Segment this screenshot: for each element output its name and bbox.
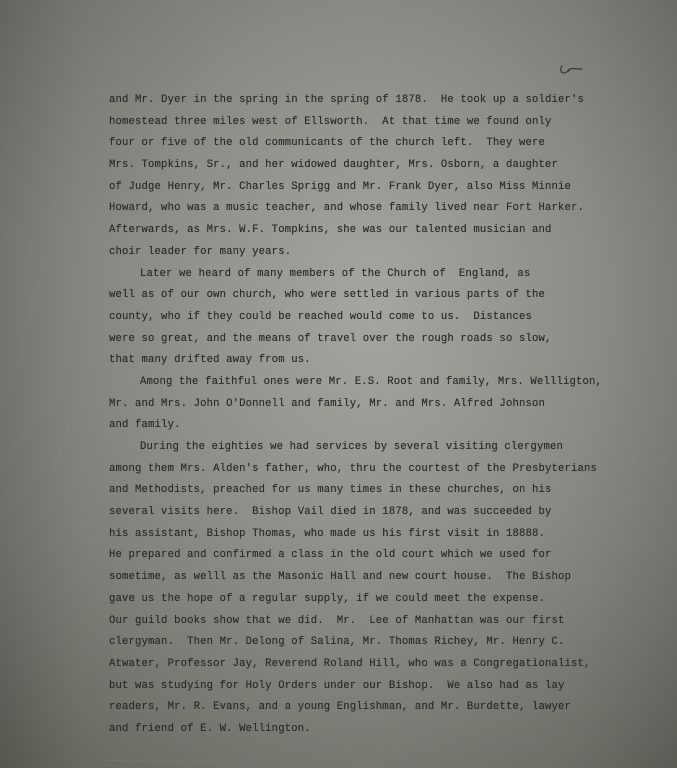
text-line: his assistant, Bishop Thomas, who made u… bbox=[109, 524, 677, 546]
handwritten-check-mark-icon bbox=[558, 63, 584, 77]
text-line: and friend of E. W. Wellington. bbox=[109, 719, 677, 741]
text-line: but was studying for Holy Orders under o… bbox=[109, 676, 677, 698]
text-line: Mr. and Mrs. John O'Donnell and family, … bbox=[109, 394, 677, 416]
text-line: During the eighties we had services by s… bbox=[109, 437, 677, 459]
text-line: Later we heard of many members of the Ch… bbox=[109, 264, 677, 286]
text-line: readers, Mr. R. Evans, and a young Engli… bbox=[109, 697, 677, 719]
scanned-document-page: and Mr. Dyer in the spring in the spring… bbox=[0, 0, 677, 768]
text-line: Afterwards, as Mrs. W.F. Tompkins, she w… bbox=[109, 220, 677, 242]
text-line: Among the faithful ones were Mr. E.S. Ro… bbox=[109, 372, 677, 394]
text-line: Mrs. Tompkins, Sr., and her widowed daug… bbox=[109, 155, 677, 177]
paragraph: Among the faithful ones were Mr. E.S. Ro… bbox=[109, 372, 677, 437]
text-line: of Judge Henry, Mr. Charles Sprigg and M… bbox=[109, 177, 677, 199]
text-line: homestead three miles west of Ellsworth.… bbox=[109, 112, 677, 134]
paragraph: and Mr. Dyer in the spring in the spring… bbox=[109, 90, 677, 264]
text-line: and Methodists, preached for us many tim… bbox=[109, 480, 677, 502]
text-line: Our guild books show that we did. Mr. Le… bbox=[109, 611, 677, 633]
text-line: among them Mrs. Alden's father, who, thr… bbox=[109, 459, 677, 481]
text-line: were so great, and the means of travel o… bbox=[109, 329, 677, 351]
text-line: He prepared and confirmed a class in the… bbox=[109, 545, 677, 567]
typed-text-body: and Mr. Dyer in the spring in the spring… bbox=[109, 90, 677, 741]
text-line: sometime, as welll as the Masonic Hall a… bbox=[109, 567, 677, 589]
text-line: choir leader for many years. bbox=[109, 242, 677, 264]
text-line: several visits here. Bishop Vail died in… bbox=[109, 502, 677, 524]
text-line: that many drifted away from us. bbox=[109, 350, 677, 372]
text-line: Atwater, Professor Jay, Reverend Roland … bbox=[109, 654, 677, 676]
text-line: county, who if they could be reached wou… bbox=[109, 307, 677, 329]
text-line: clergyman. Then Mr. Delong of Salina, Mr… bbox=[109, 632, 677, 654]
text-line: gave us the hope of a regular supply, if… bbox=[109, 589, 677, 611]
paragraph: Later we heard of many members of the Ch… bbox=[109, 264, 677, 372]
text-line: and Mr. Dyer in the spring in the spring… bbox=[109, 90, 677, 112]
text-line: well as of our own church, who were sett… bbox=[109, 285, 677, 307]
text-line: four or five of the old communicants of … bbox=[109, 133, 677, 155]
page-bottom-rule bbox=[105, 760, 225, 761]
text-line: and family. bbox=[109, 415, 677, 437]
paragraph: During the eighties we had services by s… bbox=[109, 437, 677, 741]
text-line: Howard, who was a music teacher, and who… bbox=[109, 198, 677, 220]
